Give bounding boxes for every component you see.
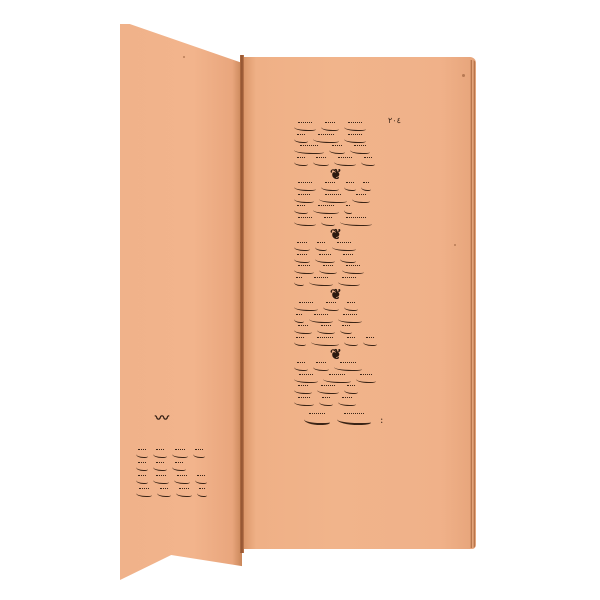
handwritten-word [294,220,316,226]
handwritten-word [157,491,171,497]
handwritten-word [319,197,347,203]
handwritten-word [294,317,304,323]
stanza-ornament-icon: ❦ [330,168,342,182]
page-stack-edge [470,60,476,548]
handwritten-word [332,245,356,251]
handwritten-line [294,376,376,384]
handwritten-line [294,244,356,252]
handwritten-word [294,137,308,143]
handwritten-word [153,452,167,458]
paper-speck [462,74,465,77]
handwritten-word [317,388,339,394]
handwritten-word [309,280,333,286]
handwritten-line [294,136,366,144]
handwritten-word [174,478,190,484]
handwritten-word [338,400,356,406]
flourish-ornament-icon: 〰 [155,412,169,426]
handwritten-word [294,185,316,191]
handwritten-line [294,304,358,312]
handwritten-line [294,256,356,264]
signature: : [304,415,383,425]
handwritten-word [344,125,366,131]
handwritten-word [319,268,337,274]
handwritten-word [344,137,366,143]
handwritten-line [294,219,372,227]
handwritten-word [313,365,329,371]
handwritten-word [356,377,376,383]
handwritten-line [294,327,352,335]
handwritten-word [294,388,312,394]
handwritten-word [338,280,360,286]
handwritten-word [153,465,167,471]
handwritten-line [294,316,362,324]
handwritten-word [344,305,358,311]
handwritten-line [136,490,207,498]
handwritten-word [337,416,371,425]
handwritten-word [344,185,356,191]
handwritten-word [321,125,339,131]
handwritten-line [294,147,370,155]
handwritten-word [172,465,186,471]
handwritten-word [321,185,339,191]
handwritten-word [313,160,329,166]
handwritten-word [313,137,339,143]
stanza-ornament-icon: ❦ [330,348,342,362]
handwritten-word [344,388,358,394]
handwritten-line [294,279,360,287]
handwritten-word [136,465,148,471]
handwritten-line [136,464,186,472]
stanza-ornament-icon: ❦ [330,288,342,302]
handwritten-line [294,196,370,204]
handwritten-word [317,328,335,334]
handwritten-word [321,220,335,226]
handwritten-word [309,317,333,323]
paper-speck [454,244,456,246]
manuscript-photo: ٢٠٤ ❦❦❦❦: 〰 [0,0,600,600]
handwritten-line [294,159,375,167]
handwritten-word [361,185,371,191]
handwritten-word [172,452,188,458]
handwritten-word [352,197,370,203]
handwritten-line [294,339,377,347]
handwritten-line [294,267,364,275]
handwritten-word [315,257,335,263]
handwritten-word [176,491,192,497]
handwritten-word [294,197,314,203]
handwritten-word [323,377,351,383]
handwritten-word [136,478,148,484]
handwritten-word [294,377,318,383]
handwritten-word [153,478,169,484]
handwritten-word [311,340,339,346]
handwritten-word [294,160,308,166]
handwritten-word [334,365,362,371]
signature-colon: : [380,415,383,426]
handwritten-line [294,399,356,407]
handwritten-word [344,340,358,346]
handwritten-word [294,245,310,251]
handwritten-word [344,208,352,214]
handwritten-word [315,245,327,251]
handwritten-word [329,148,345,154]
handwritten-word [319,400,333,406]
handwritten-word [363,340,377,346]
handwritten-word [197,491,207,497]
handwritten-word [136,452,148,458]
handwritten-word [294,208,308,214]
handwritten-word [350,148,370,154]
handwritten-word [342,268,364,274]
handwritten-word [136,491,152,497]
handwritten-word [334,160,356,166]
handwritten-word [193,452,205,458]
handwritten-word [294,148,324,154]
handwritten-line [294,124,366,132]
handwritten-word [294,340,306,346]
handwritten-line [294,387,358,395]
handwritten-line [294,184,371,192]
handwritten-line [294,364,362,372]
stanza-ornament-icon: ❦ [330,228,342,242]
book-gutter [240,55,244,553]
paper-speck [183,56,185,58]
handwritten-word [195,478,207,484]
handwritten-word [294,365,308,371]
handwritten-word [340,257,356,263]
handwritten-line [136,451,205,459]
page-number: ٢٠٤ [388,116,401,125]
handwritten-word [340,220,372,226]
handwritten-word [304,416,330,425]
handwritten-line [136,477,207,485]
handwritten-word [340,328,352,334]
handwritten-word [294,280,304,286]
handwritten-word [294,257,310,263]
handwritten-word [338,317,362,323]
handwritten-word [294,400,314,406]
handwritten-word [294,268,314,274]
handwritten-word [361,160,375,166]
handwritten-word [323,305,339,311]
handwritten-word [313,208,339,214]
handwritten-word [294,328,312,334]
handwritten-line [294,207,352,215]
handwritten-word [294,125,316,131]
handwritten-word [294,305,318,311]
